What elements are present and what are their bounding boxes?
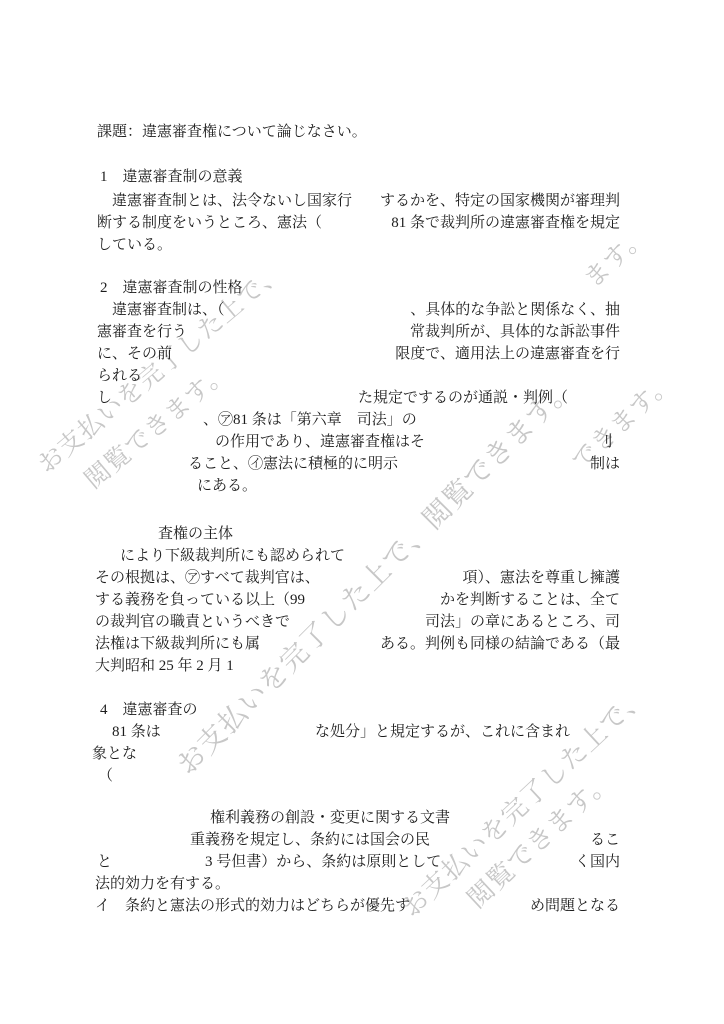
watermark-line: できます。	[566, 367, 680, 476]
text-line: な処分」と規定するが、これに含まれ	[315, 721, 570, 743]
text-line: め問題となる	[530, 895, 620, 917]
text-line: 重義務を規定し、条約には国会の民	[190, 829, 430, 851]
text-line: に、その前	[97, 343, 172, 365]
text-line: により下級裁判所にも認められて	[120, 545, 345, 567]
text-line: する義務を負っている以上（99	[95, 589, 305, 611]
text-line: している。	[97, 234, 172, 256]
watermark-line: お支払いを完了した上で、	[393, 677, 655, 925]
text-line: 司法」の章にあるところ、司	[425, 611, 620, 633]
text-line: 制は	[590, 453, 620, 475]
text-line: 1 違憲審査制の意義	[100, 166, 243, 188]
text-line: 課題：違憲審査権について論じなさい。	[97, 121, 367, 143]
text-line: た規定でするのが通説・判例（	[358, 387, 568, 409]
text-line: 項）、憲法を尊重し擁護	[462, 567, 620, 589]
document-page: お支払いを完了した上で、 閲覧できます。お支払いを完了した上で、閲覧できます。お…	[0, 0, 724, 1024]
watermark-text: できます。	[566, 367, 680, 476]
text-line: し	[97, 387, 112, 409]
text-line: 限度で、適用法上の違憲審査を行	[395, 343, 620, 365]
text-line: 断する制度をいうところ、憲法（	[97, 212, 322, 234]
text-line: 4 違憲審査の	[100, 699, 198, 721]
text-line: 常裁判所が、具体的な訴訟事件	[410, 321, 620, 343]
text-line: イ 条約と憲法の形式的効力はどちらが優先す	[95, 895, 410, 917]
text-line: 権利義務の創設・変更に関する文書	[210, 807, 450, 829]
text-line: にある。	[197, 475, 257, 497]
text-line: 違憲審査制は、（	[112, 299, 225, 321]
text-line: の作用であり、違憲審査権はそ	[215, 431, 425, 453]
text-line: 2 違憲審査制の性格	[100, 277, 243, 299]
text-line: るこ	[590, 829, 620, 851]
text-line: ること、㋑憲法に積極的に明示	[188, 453, 398, 475]
text-line: かを判断することは、全て	[440, 589, 620, 611]
text-line: と	[97, 851, 112, 873]
text-line: く国内	[575, 851, 620, 873]
text-line: （	[98, 765, 113, 787]
text-line: 、㋐81 条は「第六章 司法」の	[203, 409, 417, 431]
text-line: 81 条は	[112, 721, 161, 743]
text-line: 憲審査を行う	[97, 321, 187, 343]
text-line: られる	[97, 365, 142, 387]
text-line: 、具体的な争訟と関係なく、抽	[410, 299, 620, 321]
text-line: その根拠は、㋐すべて裁判官は、	[95, 567, 320, 589]
text-line: の裁判官の職責というべきで	[95, 611, 290, 633]
text-line: ある。判例も同様の結論である（最	[380, 633, 620, 655]
text-line: 大判昭和 25 年 2 月 1	[95, 655, 234, 677]
text-line: 象とな	[92, 743, 137, 765]
text-line: 法権は下級裁判所にも属	[95, 633, 260, 655]
text-line: 3 号但書）から、条約は原則として	[205, 851, 441, 873]
text-line: 81 条で裁判所の違憲審査権を規定	[391, 212, 620, 234]
text-line: 違憲審査制とは、法令ないし国家行	[112, 190, 352, 212]
text-line: 刂	[598, 431, 613, 453]
text-line: 法的効力を有する。	[95, 873, 230, 895]
text-line: するかを、特定の国家機関が審理判	[380, 190, 620, 212]
text-line: 査権の主体	[158, 523, 233, 545]
